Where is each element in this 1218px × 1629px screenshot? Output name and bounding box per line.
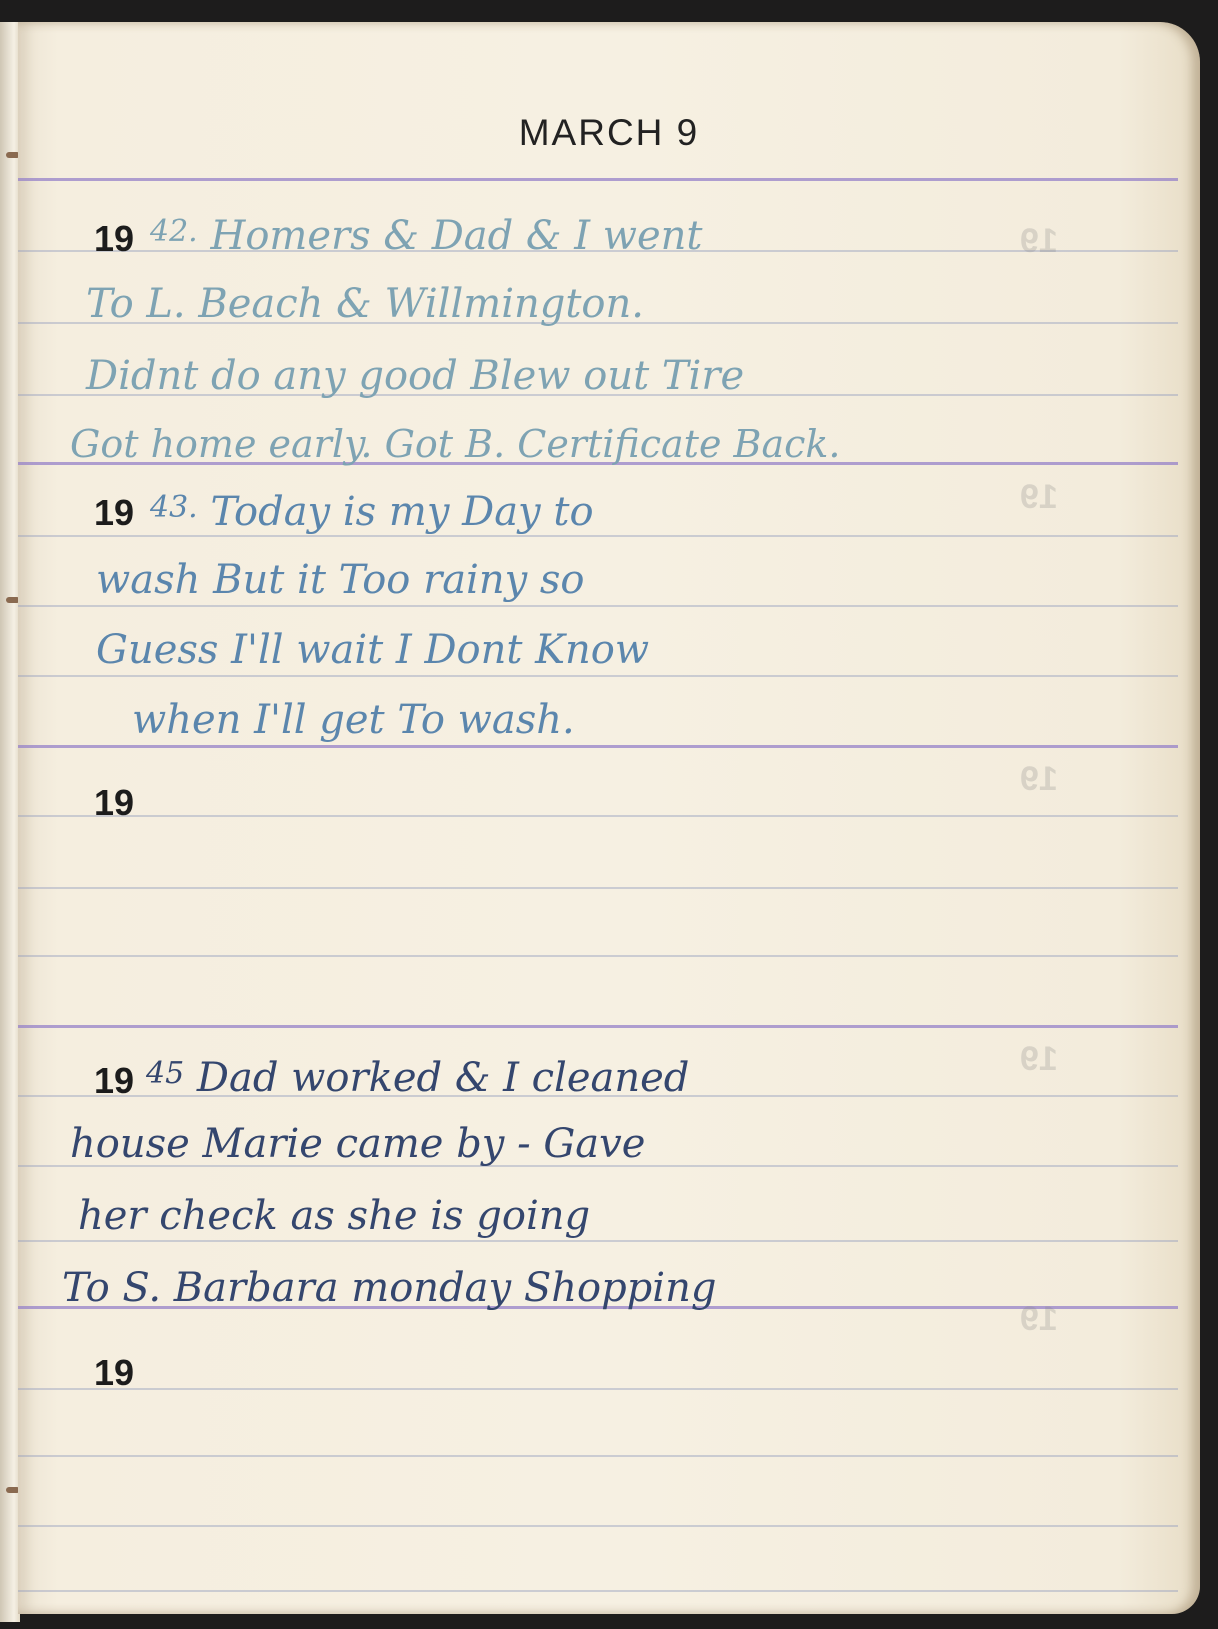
ruled-line — [18, 1525, 1178, 1527]
bleed-through-year: 19 — [1020, 222, 1058, 261]
ruled-line — [18, 1388, 1178, 1390]
year-label: 19 — [94, 782, 134, 824]
ruled-line — [18, 815, 1178, 817]
entry-1943-line-3: Guess I'll wait I Dont Know — [96, 614, 649, 686]
entry-1943-line-2: wash But it Too rainy so — [96, 544, 585, 616]
bleed-through-year: 19 — [1020, 1040, 1058, 1079]
year-suffix: 43. — [150, 490, 198, 525]
entry-1943-line-4: when I'll get To wash. — [132, 684, 575, 756]
entry-1942-line-3: Didnt do any good Blew out Tire — [86, 340, 744, 412]
year-label: 19 — [94, 218, 134, 260]
page-date-header: MARCH 9 — [0, 112, 1218, 154]
ruled-line — [18, 1455, 1178, 1457]
ruled-line — [18, 955, 1178, 957]
ruled-line — [18, 1025, 1178, 1028]
entry-1942-line-4: Got home early. Got B. Certificate Back. — [70, 408, 840, 480]
bleed-through-year: 19 — [1020, 760, 1058, 799]
entry-1942-line-1: 42. Homers & Dad & I went — [150, 196, 703, 272]
entry-1943-line-1: 43. Today is my Day to — [150, 472, 594, 548]
year-suffix: 42. — [150, 214, 198, 249]
ruled-line — [18, 178, 1178, 181]
year-label: 19 — [94, 492, 134, 534]
year-label: 19 — [94, 1060, 134, 1102]
ruled-line — [18, 887, 1178, 889]
year-suffix: 45 — [146, 1056, 184, 1091]
entry-1945-line-2: house Marie came by - Gave — [70, 1108, 645, 1180]
entry-1945-line-4: To S. Barbara monday Shopping — [62, 1252, 716, 1324]
year-label: 19 — [94, 1352, 134, 1394]
entry-1942-line-2: To L. Beach & Willmington. — [86, 268, 644, 340]
bleed-through-year: 19 — [1020, 478, 1058, 517]
entry-1945-line-3: her check as she is going — [78, 1180, 590, 1252]
bleed-through-year: 19 — [1020, 1300, 1058, 1339]
binding-spine — [0, 22, 20, 1622]
ruled-line — [18, 1590, 1178, 1592]
entry-1945-line-1: 45 Dad worked & I cleaned — [146, 1038, 689, 1114]
